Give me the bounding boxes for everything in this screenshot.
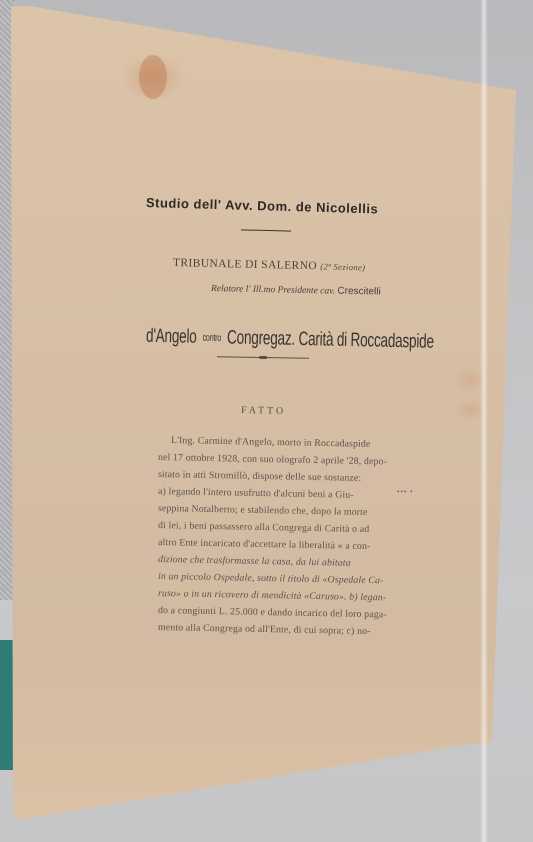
body-line: dizione che trasformasse la casa, da lui…: [158, 554, 351, 569]
body-line: mento alla Congrega od all'Ente, di cui …: [158, 622, 371, 637]
background-fold-highlight: [480, 0, 488, 842]
body-line: ruso» o in un ricovero di mendicità «Car…: [158, 588, 386, 603]
title-ornament-rule: [217, 356, 309, 359]
law-office-header: Studio dell' Avv. Dom. de Nicolellis: [146, 195, 379, 216]
header-rule: [241, 229, 291, 231]
body-line: di lei, i beni passassero alla Congrega …: [158, 520, 370, 535]
case-title: d'Angelo contro Congregaz. Carità di Roc…: [146, 325, 434, 354]
case-defendant: Congregaz. Carità di Roccadaspide: [227, 326, 434, 352]
court-section: (2ª Sezione): [320, 261, 365, 272]
ornament-dot: [259, 356, 267, 359]
body-line: L'Ing. Carmine d'Angelo, morto in Roccad…: [171, 435, 371, 450]
water-stain: [139, 55, 167, 99]
rapporteur-name: Crescitelli: [337, 286, 381, 298]
body-line: nel 17 ottobre 1928, con suo olografo 2 …: [158, 452, 387, 467]
margin-marks: ••• •: [397, 488, 414, 496]
court-label: TRIBUNALE DI SALERNO: [173, 257, 317, 272]
case-plaintiff: d'Angelo: [146, 325, 197, 348]
body-line: do a congiunti L. 25.000 e dando incaric…: [158, 605, 387, 620]
body-line: in un piccolo Ospedale, sotto il titolo …: [158, 571, 384, 586]
document-page: Studio dell' Avv. Dom. de Nicolellis TRI…: [0, 0, 533, 842]
rapporteur-prefix: Relatore l' Ill.mo Presidente cav.: [211, 284, 335, 297]
body-line: sitato in atti Stromillò, dispose delle …: [158, 469, 362, 484]
body-line: seppina Notalberto; e stabilendo che, do…: [158, 503, 368, 518]
section-heading: FATTO: [241, 405, 286, 417]
body-line: a) legando l'intero usufrutto d'alcuni b…: [158, 486, 354, 501]
body-line: altro Ente incaricato d'accettare la lib…: [158, 537, 371, 552]
court-name: TRIBUNALE DI SALERNO (2ª Sezione): [173, 257, 366, 273]
case-versus: contro: [202, 331, 221, 343]
background-teal-object: [0, 640, 14, 770]
rapporteur-line: Relatore l' Ill.mo Presidente cav. Cresc…: [211, 283, 381, 298]
